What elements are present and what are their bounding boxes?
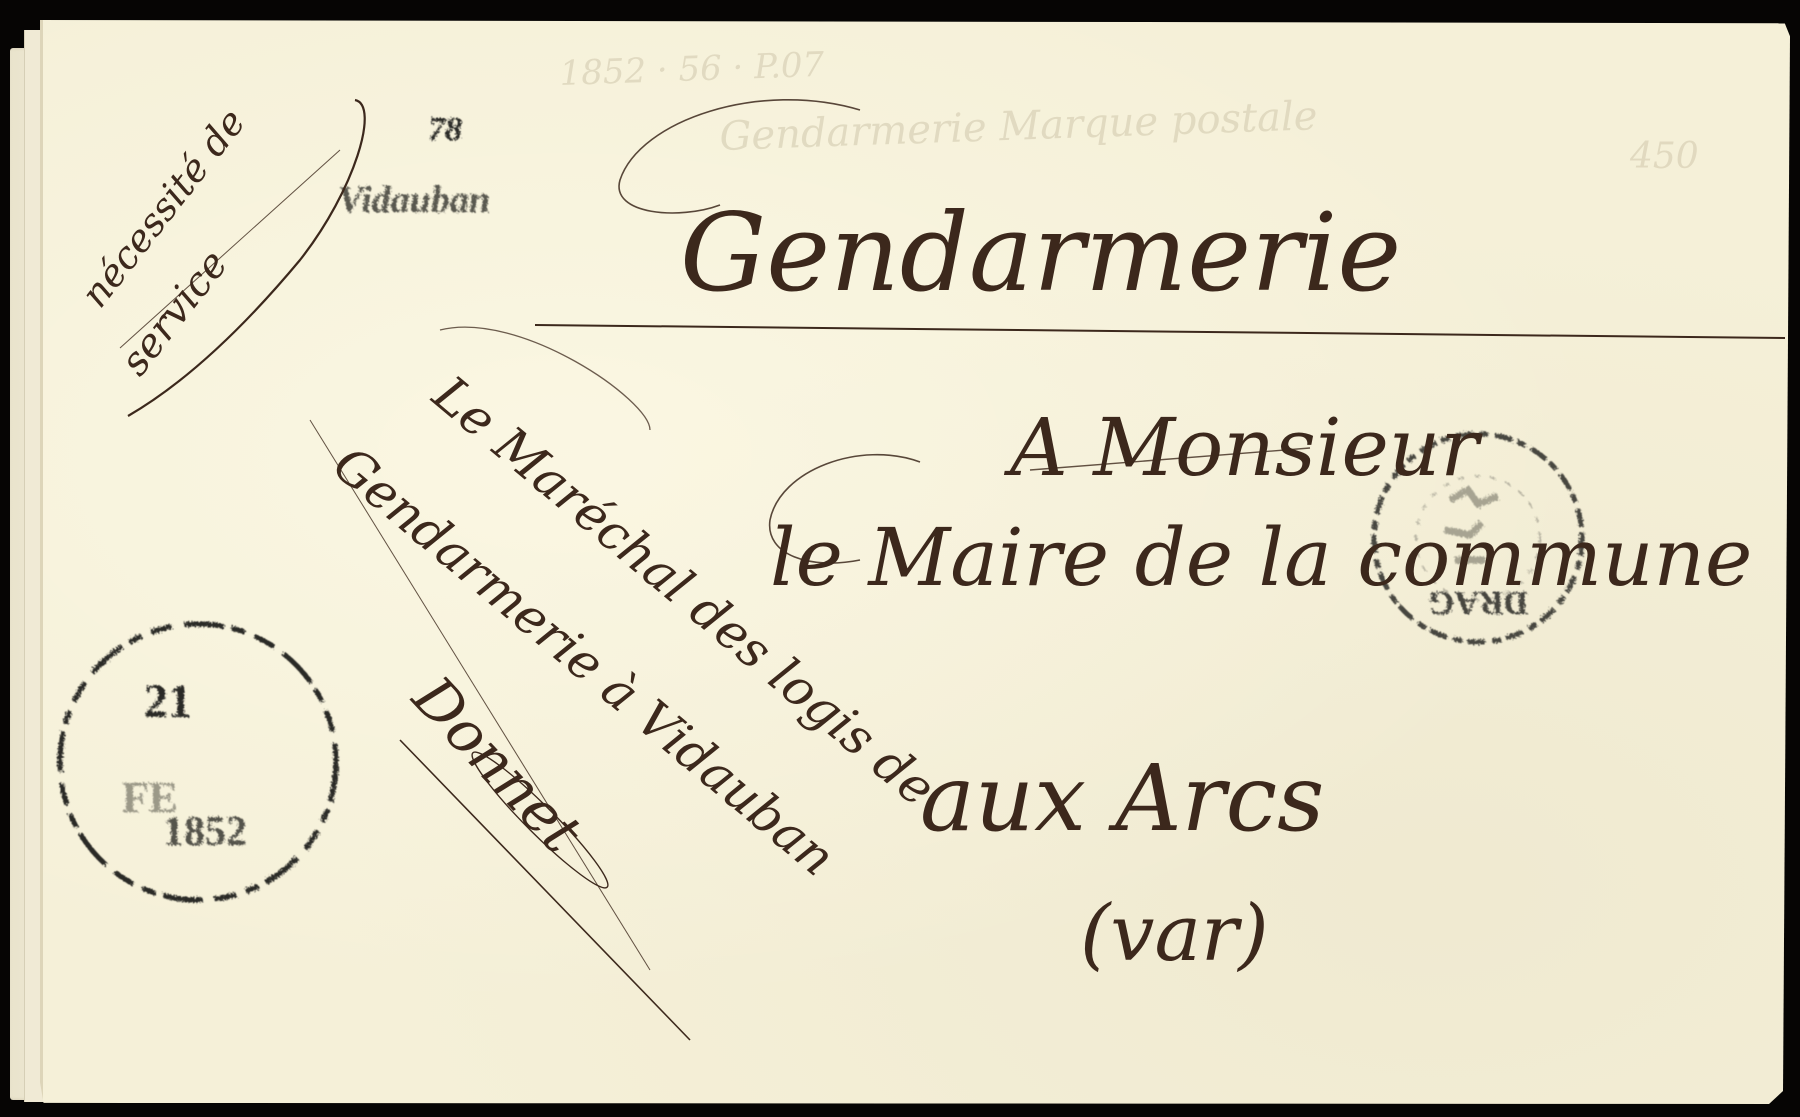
service-note-flourish [128, 100, 365, 416]
town-postmark-name: Vidauban [338, 179, 490, 221]
service-note-line1: nécessité de [72, 100, 254, 315]
date-postmark-year: 1852 [163, 809, 247, 855]
salutation: A Monsieur [1003, 401, 1483, 494]
service-note: nécessité de service [72, 100, 364, 416]
underline-rule [535, 325, 1785, 338]
address-block: A Monsieur le Maire de la commune aux Ar… [770, 401, 1753, 979]
town-postmark-number: 78 [428, 111, 462, 148]
gendarmerie-heading: Gendarmerie [680, 191, 1401, 316]
pencil-price: 450 [1629, 136, 1699, 177]
destination-department: (var) [1080, 889, 1269, 979]
date-postmark-day: 21 [144, 675, 192, 728]
envelope-markings: 1852 · 56 · P.07 Gendarmerie Marque post… [0, 0, 1800, 1117]
destination-town: aux Arcs [920, 745, 1324, 852]
address-line: le Maire de la commune [770, 511, 1752, 604]
pencil-note-top: 1852 · 56 · P.07 [559, 45, 825, 94]
date-postmark: 21 FE 1852 [60, 624, 336, 900]
town-postmark: 78 Vidauban [338, 111, 490, 221]
photograph-scene: 1852 · 56 · P.07 Gendarmerie Marque post… [0, 0, 1800, 1117]
pencil-note-middle: Gendarmerie Marque postale [719, 93, 1318, 160]
sender-note: Le Maréchal des logis de Gendarmerie à V… [310, 327, 946, 1040]
pencil-notes: 1852 · 56 · P.07 Gendarmerie Marque post… [559, 45, 1699, 177]
